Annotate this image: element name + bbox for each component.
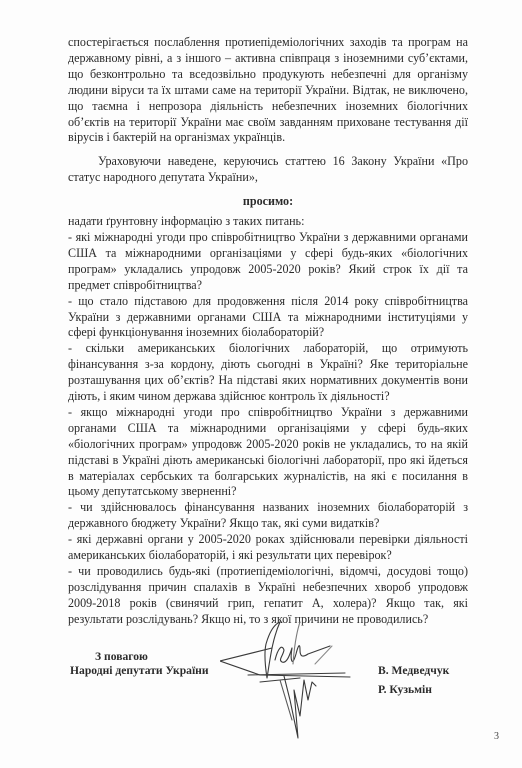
closing-regards: З повагою — [95, 650, 148, 663]
document-page: спостерігається послаблення протиепідемі… — [0, 0, 522, 768]
handwritten-signature-icon — [220, 620, 390, 760]
page-number: 3 — [494, 731, 499, 742]
signatory-title: Народні депутати України — [70, 664, 209, 677]
